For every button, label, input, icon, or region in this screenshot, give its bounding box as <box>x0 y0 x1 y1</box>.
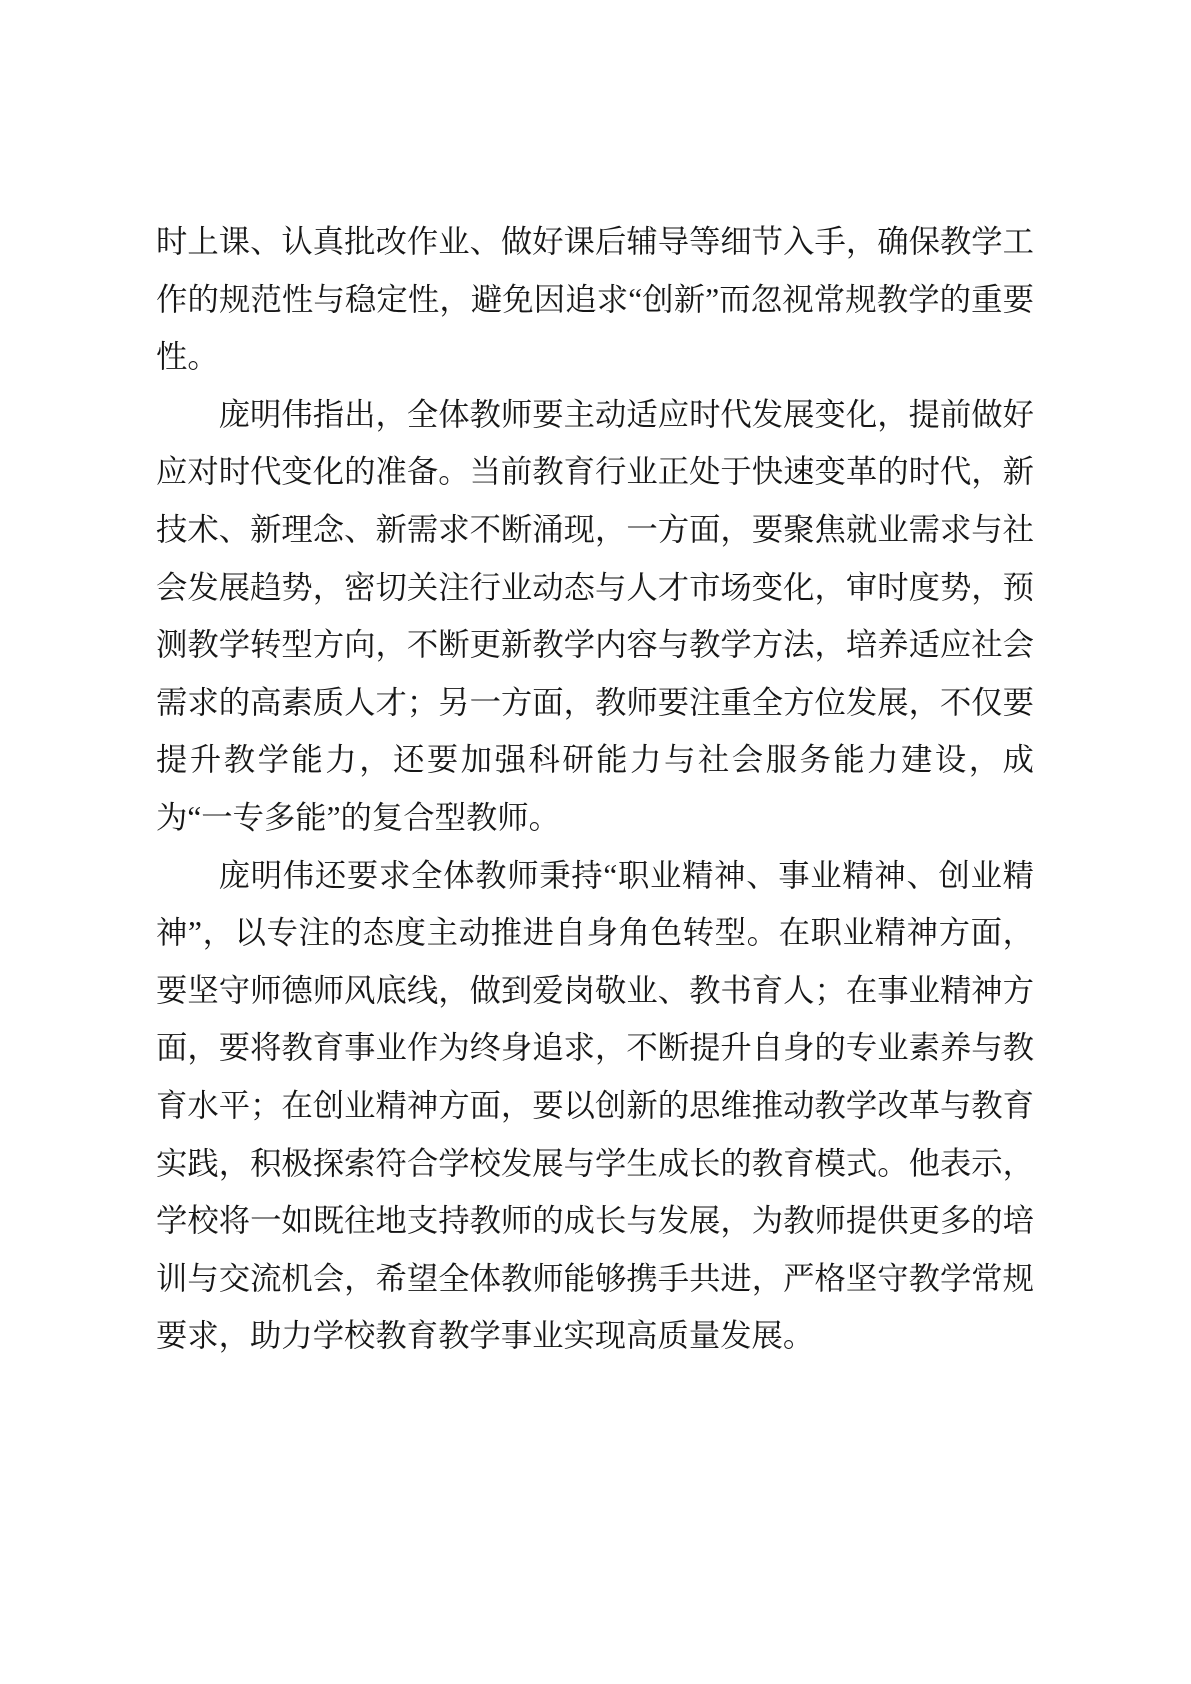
paragraph-continuation: 时上课、认真批改作业、做好课后辅导等细节入手，确保教学工作的规范性与稳定性，避免… <box>156 213 1034 386</box>
paragraph-pang-mingwei-spirit: 庞明伟还要求全体教师秉持“职业精神、事业精神、创业精神”，以专注的态度主动推进自… <box>156 847 1034 1365</box>
document-page: 时上课、认真批改作业、做好课后辅导等细节入手，确保教学工作的规范性与稳定性，避免… <box>0 0 1191 1684</box>
document-body-text: 时上课、认真批改作业、做好课后辅导等细节入手，确保教学工作的规范性与稳定性，避免… <box>156 213 1034 1365</box>
paragraph-pang-mingwei-adapt: 庞明伟指出，全体教师要主动适应时代发展变化，提前做好应对时代变化的准备。当前教育… <box>156 386 1034 847</box>
